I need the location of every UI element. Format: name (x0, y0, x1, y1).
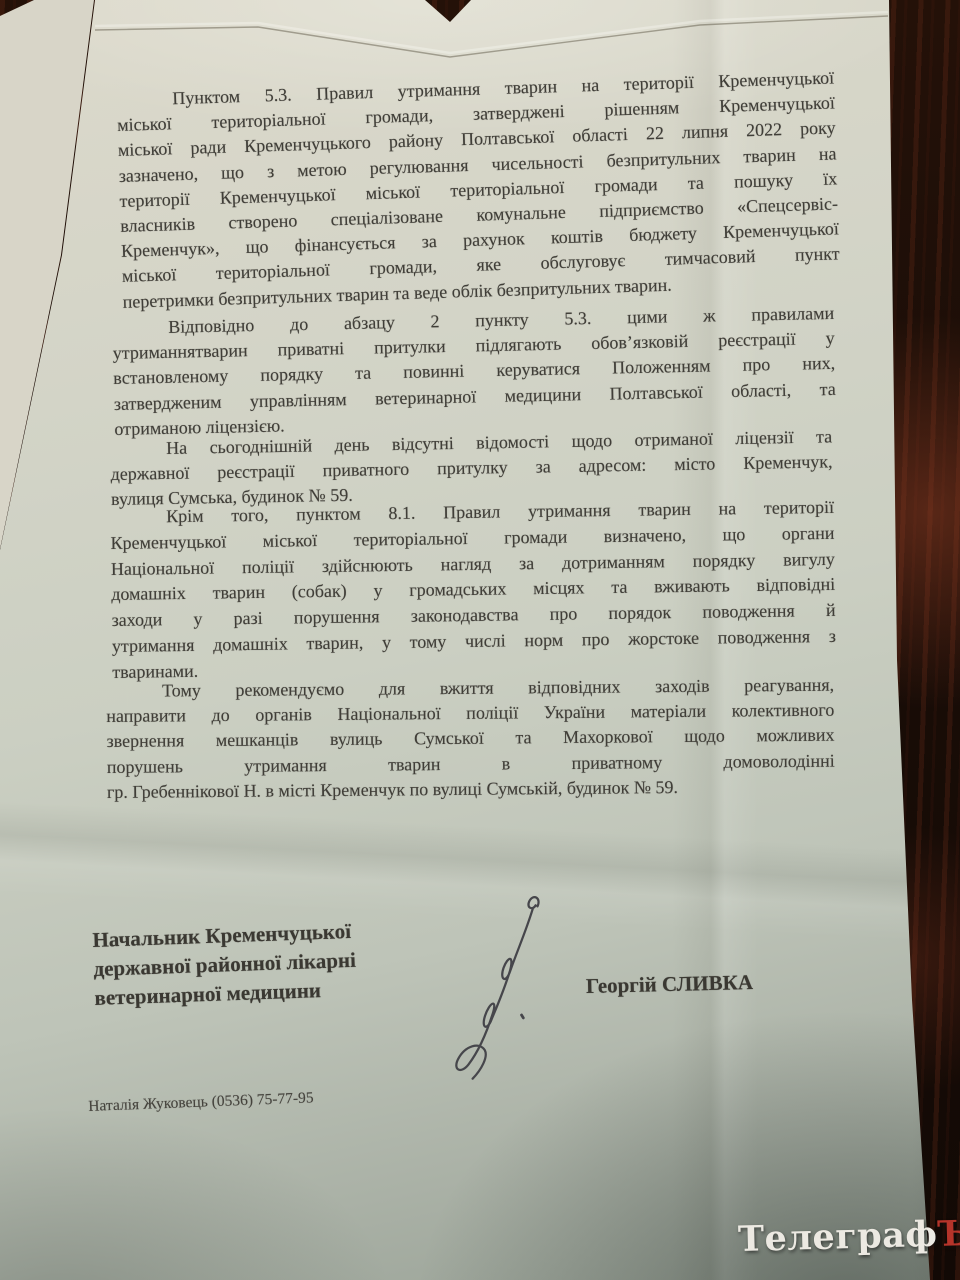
signatory-position: Начальник Кременчуцькоїдержавної районно… (92, 914, 425, 1012)
watermark-text: Телеграф (738, 1214, 938, 1260)
photo-of-document: Пунктом 5.3. Правил утримання тварин на … (0, 0, 960, 1280)
watermark-accent-letter: Ъ (937, 1213, 960, 1255)
text-line: гр. Гребеннікової Н. в місті Кременчук п… (107, 773, 835, 805)
signatory-name: Георгій СЛИВКА (586, 970, 754, 999)
executor-contact-line: Наталія Жуковець (0536) 75-77-95 (88, 1089, 314, 1116)
paragraph-rules-5-3: Пунктом 5.3. Правил утримання тварин на … (116, 65, 841, 314)
telegraf-watermark: ТелеграфЪ (738, 1213, 960, 1260)
paragraph-registration: Відповідно до абзацу 2 пункту 5.3. цими … (112, 301, 836, 442)
paragraph-rules-8-1: Крім того, пунктом 8.1. Правил утримання… (110, 495, 836, 686)
paragraph-recommendation: Тому рекомендуємо для вжиття відповідних… (106, 673, 835, 805)
document-paper: Пунктом 5.3. Правил утримання тварин на … (0, 0, 960, 1280)
handwritten-signature-icon (440, 882, 559, 1098)
